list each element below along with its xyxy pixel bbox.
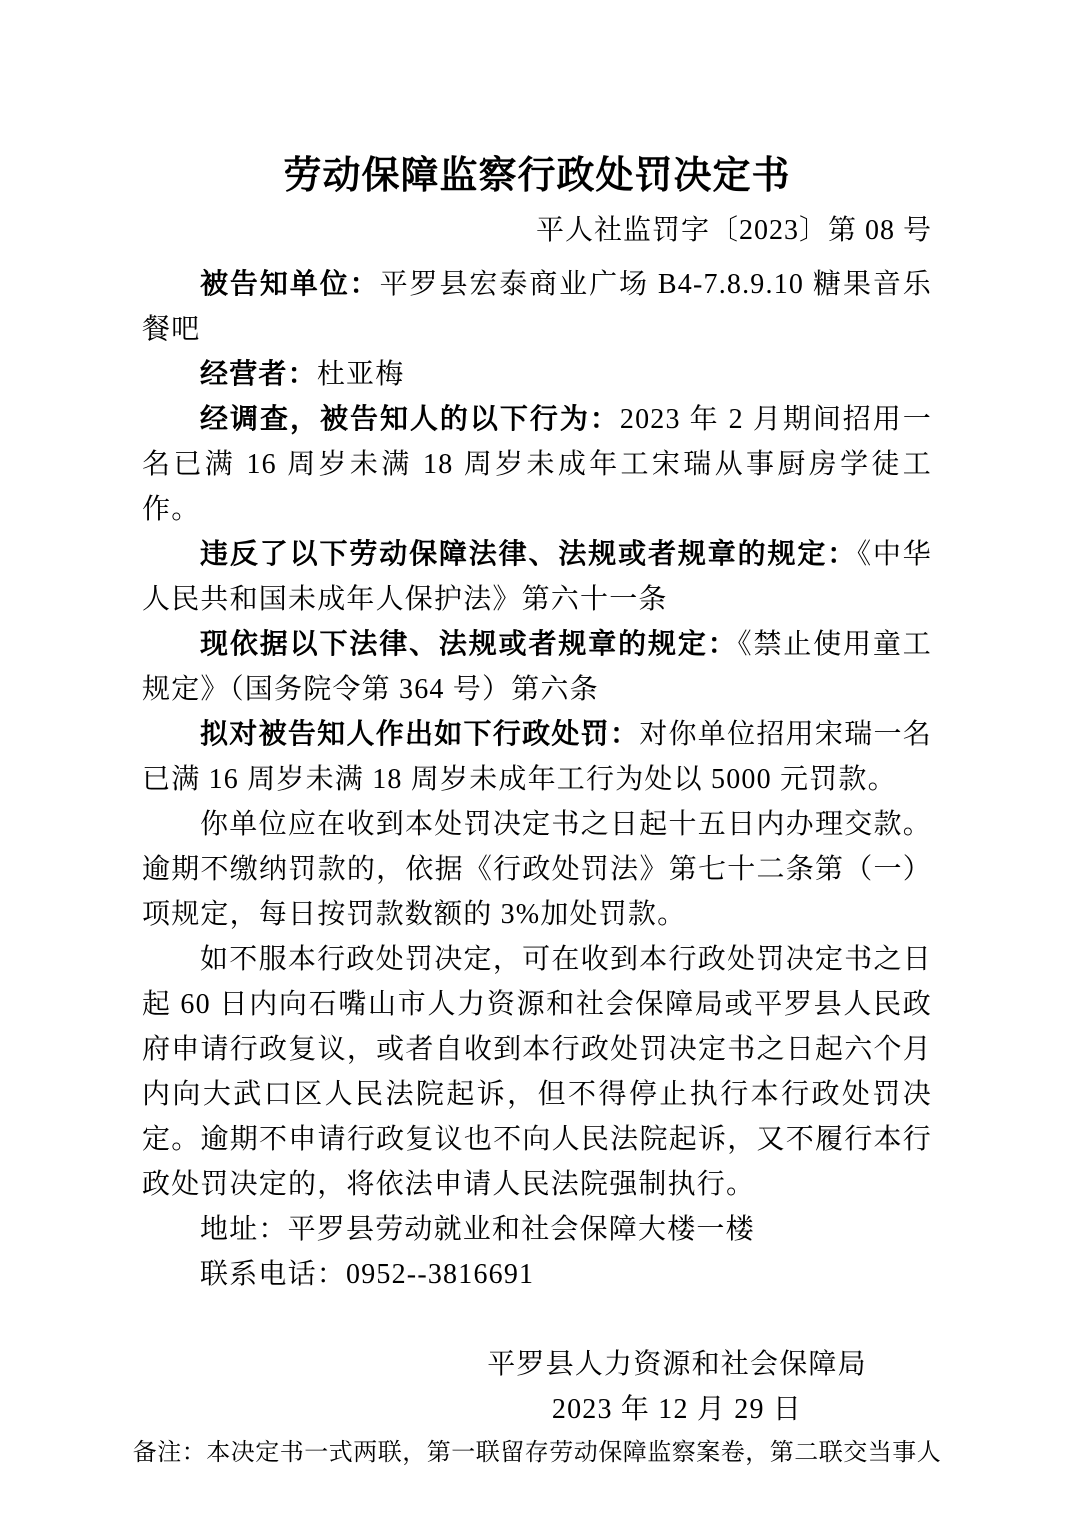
paragraph-text: 你单位应在收到本处罚决定书之日起十五日内办理交款。逾期不缴纳罚款的，依据《行政处… bbox=[142, 809, 932, 930]
signature-block: 平罗县人力资源和社会保障局 2023 年 12 月 29 日 bbox=[462, 1342, 892, 1432]
paragraph-investigation-findings: 经调查，被告知人的以下行为：2023 年 2 月期间招用一名已满 16 周岁未满… bbox=[142, 397, 932, 532]
paragraph-notified-unit: 被告知单位：平罗县宏泰商业广场 B4-7.8.9.10 糖果音乐餐吧 bbox=[142, 262, 932, 352]
paragraph-label: 经营者： bbox=[200, 359, 317, 390]
signature-agency: 平罗县人力资源和社会保障局 bbox=[462, 1342, 892, 1387]
paragraph-text: 如不服本行政处罚决定，可在收到本行政处罚决定书之日起 60 日内向石嘴山市人力资… bbox=[142, 944, 932, 1200]
paragraph-text: 地址：平罗县劳动就业和社会保障大楼一楼 bbox=[200, 1214, 755, 1245]
paragraph-text: 联系电话：0952--3816691 bbox=[200, 1259, 534, 1290]
paragraph-appeal-rights: 如不服本行政处罚决定，可在收到本行政处罚决定书之日起 60 日内向石嘴山市人力资… bbox=[142, 937, 932, 1207]
paragraph-label: 违反了以下劳动保障法律、法规或者规章的规定： bbox=[200, 539, 857, 570]
paragraph-label: 被告知单位： bbox=[200, 269, 380, 300]
paragraph-payment-deadline: 你单位应在收到本处罚决定书之日起十五日内办理交款。逾期不缴纳罚款的，依据《行政处… bbox=[142, 802, 932, 937]
paragraph-address: 地址：平罗县劳动就业和社会保障大楼一楼 bbox=[142, 1207, 932, 1252]
document-body: 被告知单位：平罗县宏泰商业广场 B4-7.8.9.10 糖果音乐餐吧 经营者：杜… bbox=[142, 262, 932, 1297]
paragraph-text: 杜亚梅 bbox=[317, 359, 405, 390]
signature-date: 2023 年 12 月 29 日 bbox=[462, 1387, 892, 1432]
paragraph-label: 经调查，被告知人的以下行为： bbox=[200, 404, 620, 435]
paragraph-label: 拟对被告知人作出如下行政处罚： bbox=[200, 719, 639, 750]
document-page: 劳动保障监察行政处罚决定书 平人社监罚字〔2023〕第 08 号 被告知单位：平… bbox=[0, 0, 1074, 1520]
paragraph-violated-regulations: 违反了以下劳动保障法律、法规或者规章的规定：《中华人民共和国未成年人保护法》第六… bbox=[142, 532, 932, 622]
paragraph-label: 现依据以下法律、法规或者规章的规定： bbox=[200, 629, 738, 660]
document-number: 平人社监罚字〔2023〕第 08 号 bbox=[142, 210, 932, 252]
document-title: 劳动保障监察行政处罚决定书 bbox=[142, 152, 932, 200]
paragraph-penalty-decision: 拟对被告知人作出如下行政处罚：对你单位招用宋瑞一名已满 16 周岁未满 18 周… bbox=[142, 712, 932, 802]
paragraph-legal-basis: 现依据以下法律、法规或者规章的规定：《禁止使用童工规定》（国务院令第 364 号… bbox=[142, 622, 932, 712]
footnote: 备注：本决定书一式两联，第一联留存劳动保障监察案卷，第二联交当事人 bbox=[62, 1432, 1012, 1474]
paragraph-operator: 经营者：杜亚梅 bbox=[142, 352, 932, 397]
paragraph-phone: 联系电话：0952--3816691 bbox=[142, 1252, 932, 1297]
